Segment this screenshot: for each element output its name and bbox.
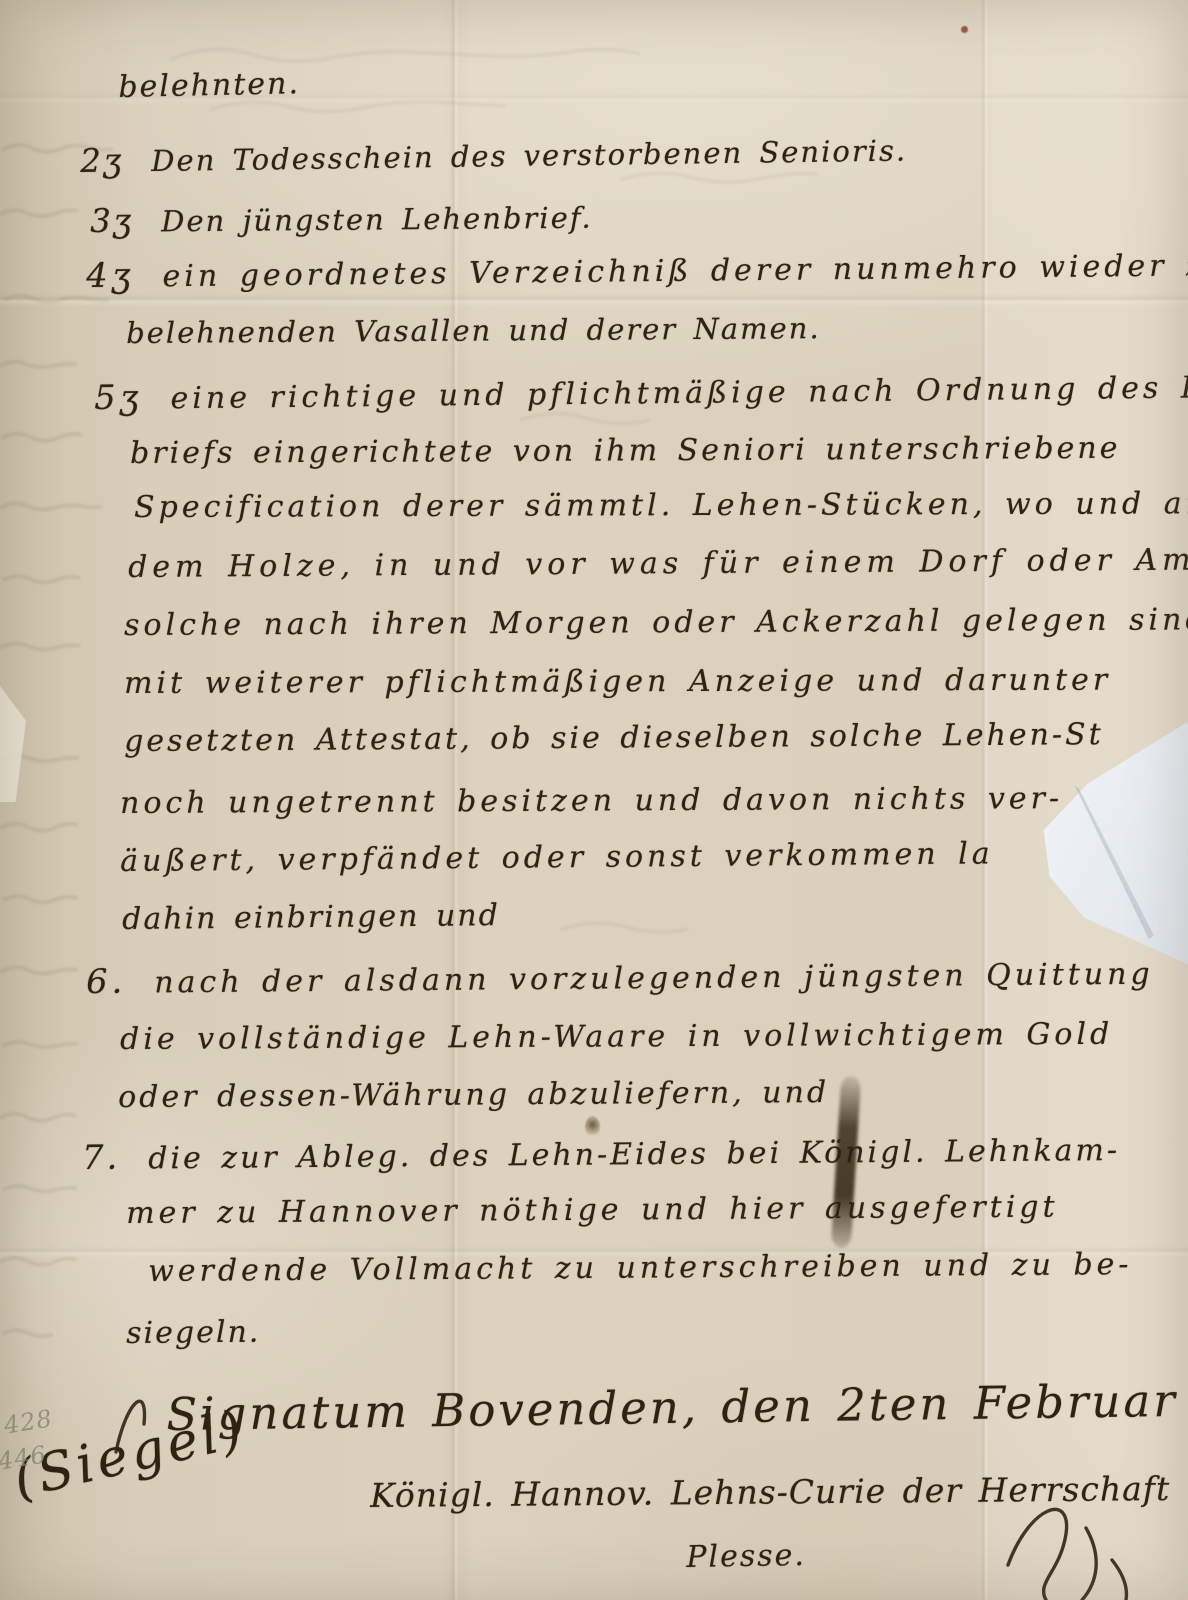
photo-vignette <box>0 0 1188 1600</box>
letter-page: belehnten. 2ʒDen Todesschein des verstor… <box>0 0 1188 1600</box>
